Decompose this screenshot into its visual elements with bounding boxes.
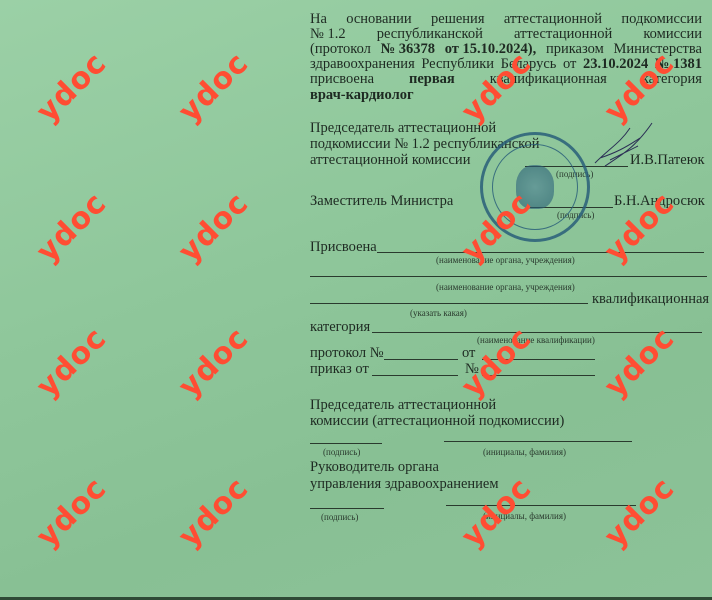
decision-paragraph: Наоснованиирешенияаттестационнойподкомис… [310, 12, 702, 87]
protocol-label: протокол № [310, 346, 384, 361]
chair-line-3: аттестационной комиссии [310, 153, 470, 168]
caption-which: (указать какая) [410, 308, 467, 318]
certificate-page: Наоснованиирешенияаттестационнойподкомис… [0, 0, 712, 600]
caption-org-2: (наименование органа, учреждения) [436, 282, 575, 292]
protocol-date-line[interactable] [482, 359, 595, 360]
signature-scribble [590, 118, 660, 178]
decision-word: республиканской [377, 27, 483, 42]
commission-name-caption: (инициалы, фамилия) [483, 447, 566, 457]
watermark-text: ydoc [172, 46, 256, 130]
category-which-line[interactable] [310, 303, 588, 304]
decision-word: решения [431, 12, 484, 27]
decision-word: Беларусь [501, 57, 557, 72]
head-name-caption: (инициалы, фамилия) [483, 511, 566, 521]
decision-word: первая [409, 72, 455, 87]
decision-word: Министерства [613, 42, 702, 57]
decision-word: приказом [546, 42, 604, 57]
decision-row: присвоенаперваяквалификационнаякатегория [310, 72, 702, 87]
category-label: категория [310, 320, 370, 335]
specialty: врач-кардиолог [310, 88, 414, 103]
caption-org-1: (наименование органа, учреждения) [436, 255, 575, 265]
head-name-line[interactable] [446, 505, 636, 506]
order-number-line[interactable] [482, 375, 595, 376]
decision-word: здравоохранения [310, 57, 415, 72]
decision-word: подкомиссии [621, 12, 702, 27]
decision-word: основании [346, 12, 411, 27]
decision-row: Наоснованиирешенияаттестационнойподкомис… [310, 12, 702, 27]
caption-qualification: (наименование квалификации) [477, 335, 595, 345]
chair-line-1: Председатель аттестационной [310, 121, 496, 136]
deputy-title: Заместитель Министра [310, 194, 453, 209]
commission-name-line[interactable] [444, 441, 632, 442]
decision-word: присвоена [310, 72, 374, 87]
decision-word: 23.10.2024 [583, 57, 648, 72]
head-line-2: управления здравоохранением [310, 477, 499, 492]
watermark-text: ydoc [30, 471, 114, 555]
coat-of-arms-icon [516, 165, 554, 209]
order-date-line[interactable] [372, 375, 458, 376]
order-label: приказ от [310, 362, 369, 377]
decision-word: № 36378 [381, 42, 435, 57]
decision-word: от [563, 57, 576, 72]
watermark-text: ydoc [598, 471, 682, 555]
deputy-name: Б.Н.Андросюк [614, 194, 705, 209]
commission-chair-line-2: комиссии (аттестационной подкомиссии) [310, 414, 564, 429]
commission-sign-caption: (подпись) [323, 447, 360, 457]
decision-word: аттестационной [514, 27, 612, 42]
assigned-org-line[interactable] [377, 252, 704, 253]
decision-word: квалификационная [490, 72, 607, 87]
decision-word: На [310, 12, 327, 27]
head-sign-caption: (подпись) [321, 512, 358, 522]
watermark-text: ydoc [30, 186, 114, 270]
watermark-text: ydoc [598, 321, 682, 405]
decision-word: № 1381 [655, 57, 702, 72]
watermark-text: ydoc [172, 186, 256, 270]
assigned-label: Присвоена [310, 240, 377, 255]
decision-word: категория [642, 72, 702, 87]
head-sign-line[interactable] [310, 508, 384, 509]
decision-word: комиссии [643, 27, 702, 42]
official-stamp [480, 132, 590, 242]
watermark-text: ydoc [30, 46, 114, 130]
decision-word: аттестационной [504, 12, 602, 27]
decision-word: от 15.10.2024), [445, 42, 537, 57]
watermark-text: ydoc [172, 321, 256, 405]
watermark-text: ydoc [172, 471, 256, 555]
commission-chair-line-1: Председатель аттестационной [310, 398, 496, 413]
qualification-line[interactable] [372, 332, 702, 333]
order-number-label: № [465, 362, 479, 377]
watermark-text: ydoc [30, 321, 114, 405]
decision-row: (протокол№ 36378от 15.10.2024),приказомМ… [310, 42, 702, 57]
head-line-1: Руководитель органа [310, 460, 439, 475]
decision-word: (протокол [310, 42, 371, 57]
org-line-2[interactable] [310, 276, 707, 277]
decision-row: здравоохраненияРеспубликиБеларусьот23.10… [310, 57, 702, 72]
decision-word: № 1.2 [310, 27, 346, 42]
commission-sign-line[interactable] [310, 443, 382, 444]
protocol-from-label: от [462, 346, 475, 361]
decision-word: Республики [421, 57, 494, 72]
qualification-word: квалификационная [592, 292, 709, 307]
protocol-number-line[interactable] [384, 359, 458, 360]
decision-row: № 1.2республиканскойаттестационнойкомисс… [310, 27, 702, 42]
